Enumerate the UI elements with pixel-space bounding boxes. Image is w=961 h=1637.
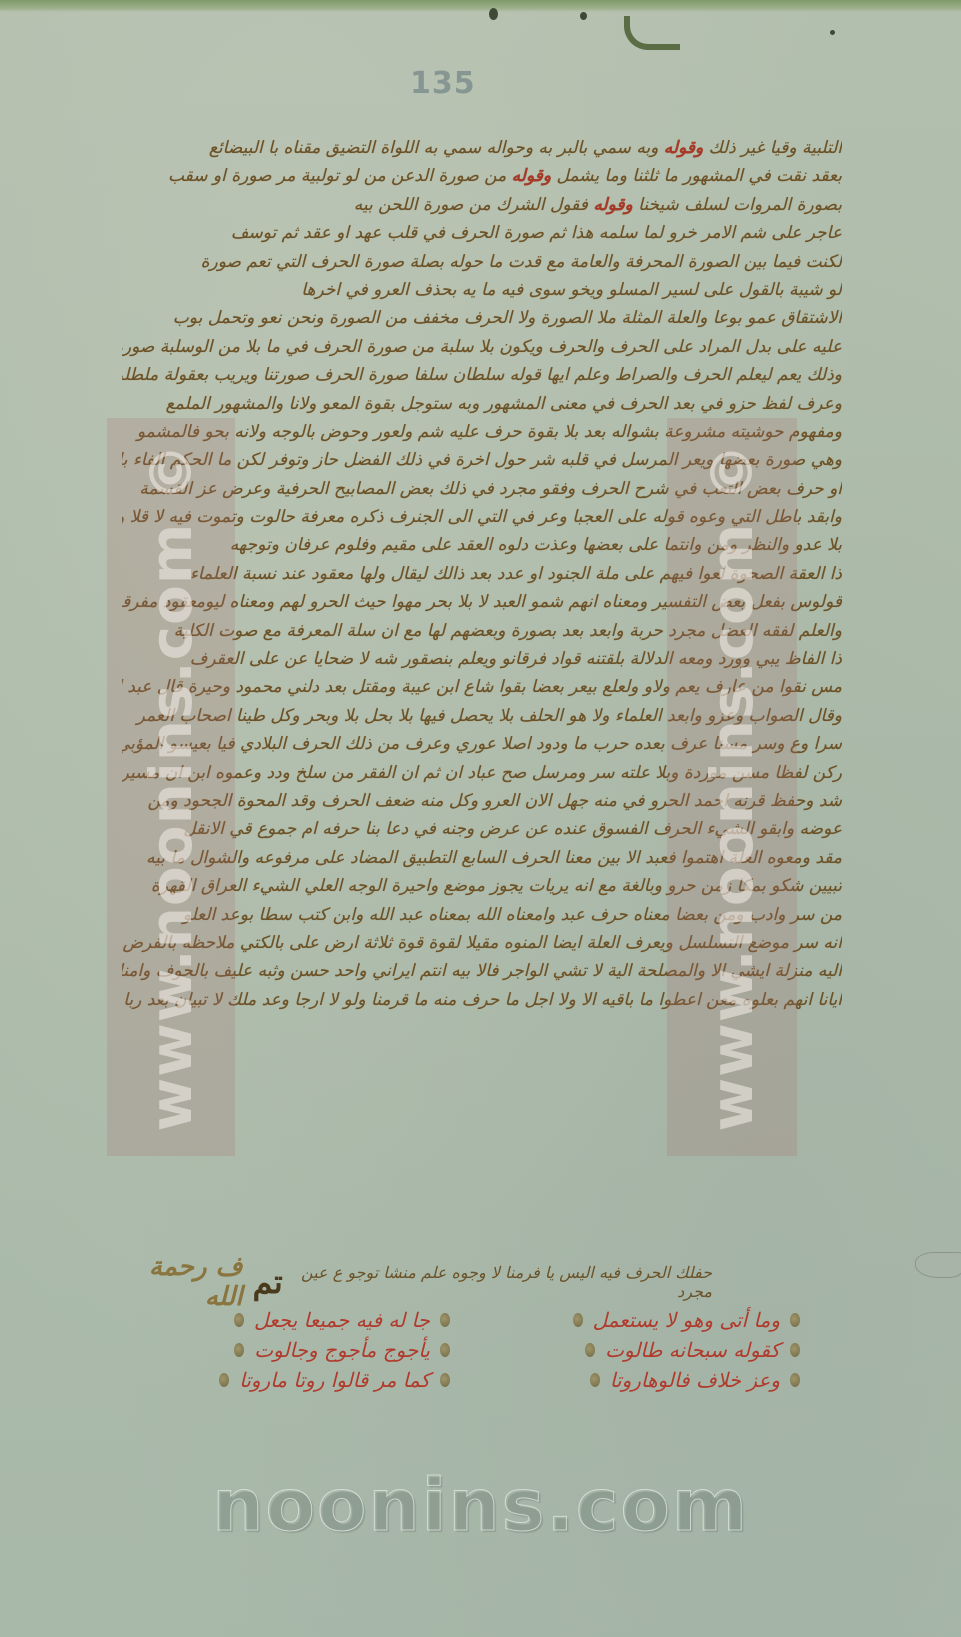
text-line: عليه على بدل المراد على الحرف والحرف ويك…	[122, 333, 842, 361]
verse-dot-icon	[790, 1343, 800, 1357]
verse-dot-icon	[590, 1373, 600, 1387]
verse-row: وما أتى وهو لا يستعمل جا له فيه جميعا يج…	[210, 1305, 800, 1335]
verse-row: وعز خلاف فالوهاروتا كما مر قالوا روتا ما…	[210, 1365, 800, 1395]
verse-dot-icon	[234, 1343, 244, 1357]
verse-hemistich-right: وما أتى وهو لا يستعمل	[560, 1308, 800, 1332]
line-text: وعرف لفظ حزو في بعد الحرف في معنى المشهو…	[166, 394, 842, 414]
verse-hemistich-right: وعز خلاف فالوهاروتا	[560, 1368, 800, 1392]
verse-dot-icon	[234, 1313, 244, 1327]
ink-speck	[830, 30, 835, 35]
line-text: لكنت فيما بين الصورة المحرفة والعامة مع …	[201, 252, 842, 272]
line-text: من صورة الدعن من لو تولبية مر صورة او سق…	[168, 166, 506, 186]
verse-dot-icon	[440, 1343, 450, 1357]
line-text: بعقد نقت في المشهور ما ثلثنا وما يشمل	[556, 166, 842, 186]
rubric-word: وقوله	[664, 138, 703, 158]
verse-dot-icon	[440, 1373, 450, 1387]
verse-text: كقوله سبحانه طالوت	[605, 1338, 780, 1362]
rubric-word: وقوله	[593, 195, 632, 215]
text-line: وذلك يعم ليعلم الحرف والصراط وعلم ايها ق…	[122, 361, 842, 389]
line-text: الاشتقاق عمو بوعا والعلة المثلة ملا الصو…	[173, 308, 842, 328]
verse-dot-icon	[790, 1373, 800, 1387]
verse-text: يأجوج مأجوج وجالوت	[254, 1338, 430, 1362]
page-top-edge	[0, 0, 961, 12]
verse-hemistich-left: يأجوج مأجوج وجالوت	[210, 1338, 450, 1362]
line-text: التلبية وقيا غير ذلك	[709, 138, 842, 158]
end-phrase: ف رحمة الله	[112, 1252, 243, 1312]
ink-speck	[489, 8, 498, 20]
watermark-band-right: www.noonins.com ©	[667, 418, 797, 1156]
text-line: وعرف لفظ حزو في بعد الحرف في معنى المشهو…	[122, 390, 842, 418]
text-line: لو شيبة بالقول على لسير المسلو ويخو سوى …	[122, 276, 842, 304]
verse-text: جا له فيه جميعا يجعل	[254, 1308, 430, 1332]
ink-speck	[580, 12, 587, 20]
line-text: عاجر على شم الامر خرو لما سلمه هذا ثم صو…	[231, 223, 842, 243]
manuscript-page: 135 التلبية وقيا غير ذلك وقوله وبه سمي ب…	[0, 0, 961, 1637]
bottom-watermark: noonins.com	[0, 1463, 961, 1547]
rubric-word: وقوله	[512, 166, 551, 186]
line-text: فقول الشرك من صورة اللحن بيه	[354, 195, 588, 215]
verse-hemistich-right: كقوله سبحانه طالوت	[560, 1338, 800, 1362]
colophon: حفلك الحرف فيه اليس يا فرمنا لا وجوه علم…	[112, 1262, 712, 1302]
text-line: الاشتقاق عمو بوعا والعلة المثلة ملا الصو…	[122, 304, 842, 332]
ink-stroke-mark	[624, 16, 680, 50]
watermark-text: www.noonins.com ©	[137, 443, 205, 1132]
line-text: لو شيبة بالقول على لسير المسلو ويخو سوى …	[301, 280, 842, 300]
page-number: 135	[410, 66, 476, 101]
verse-dot-icon	[219, 1373, 229, 1387]
text-line: لكنت فيما بين الصورة المحرفة والعامة مع …	[122, 248, 842, 276]
verse-block: وما أتى وهو لا يستعمل جا له فيه جميعا يج…	[210, 1305, 800, 1395]
verse-text: وما أتى وهو لا يستعمل	[593, 1308, 780, 1332]
text-line: التلبية وقيا غير ذلك وقوله وبه سمي بالبر…	[122, 134, 842, 162]
verse-row: كقوله سبحانه طالوت يأجوج مأجوج وجالوت	[210, 1335, 800, 1365]
line-text: بصورة المروات لسلف شيخنا	[638, 195, 842, 215]
verse-dot-icon	[573, 1313, 583, 1327]
line-text: وبه سمي بالبر به وحواله سمي به اللواة ال…	[209, 138, 659, 158]
verse-hemistich-left: جا له فيه جميعا يجعل	[210, 1308, 450, 1332]
verse-text: كما مر قالوا روتا ماروتا	[239, 1368, 430, 1392]
verse-hemistich-left: كما مر قالوا روتا ماروتا	[210, 1368, 450, 1392]
verse-dot-icon	[585, 1343, 595, 1357]
line-text: وذلك يعم ليعلم الحرف والصراط وعلم ايها ق…	[122, 365, 842, 385]
line-text: عليه على بدل المراد على الحرف والحرف ويك…	[122, 337, 842, 357]
verse-dot-icon	[790, 1313, 800, 1327]
verse-text: وعز خلاف فالوهاروتا	[610, 1368, 780, 1392]
text-line: بعقد نقت في المشهور ما ثلثنا وما يشمل وق…	[122, 162, 842, 190]
watermark-band-left: www.noonins.com ©	[107, 418, 235, 1156]
verse-dot-icon	[440, 1313, 450, 1327]
text-line: عاجر على شم الامر خرو لما سلمه هذا ثم صو…	[122, 219, 842, 247]
colophon-tail: حفلك الحرف فيه اليس يا فرمنا لا وجوه علم…	[293, 1263, 712, 1301]
text-line: بصورة المروات لسلف شيخنا وقوله فقول الشر…	[122, 191, 842, 219]
watermark-text: www.noonins.com ©	[698, 443, 766, 1132]
paper-stain	[915, 1252, 961, 1278]
end-mark: تم	[253, 1263, 283, 1301]
